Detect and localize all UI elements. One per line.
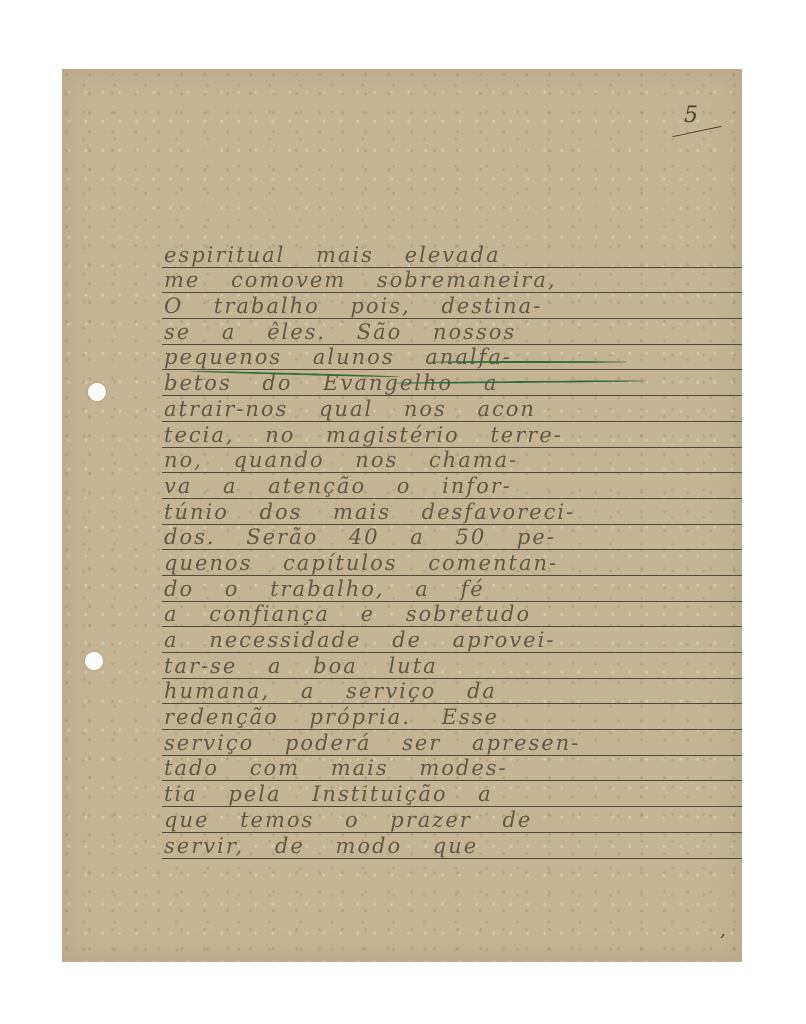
green-underline-sao-nossos [427, 361, 627, 363]
text-line: no, quando nos chama- [162, 448, 742, 474]
text-line: va a atenção o infor- [162, 473, 742, 499]
line-text: a confiança e sobretudo [162, 603, 736, 626]
line-text: tar-se a boa luta [162, 655, 736, 678]
text-line: quenos capítulos comentan- [162, 550, 742, 576]
text-line: se a êles. São nossos [162, 319, 742, 345]
line-text: O trabalho pois, destina- [162, 295, 736, 318]
text-line: redenção própria. Esse [162, 704, 742, 730]
trailing-comma-mark: , [720, 920, 726, 941]
line-text: tecia, no magistério terre- [162, 424, 736, 447]
line-text: tia pela Instituição a [162, 783, 736, 806]
line-text: tado com mais modes- [162, 757, 736, 780]
handwritten-text-block: espiritual mais elevada me comovem sobre… [162, 242, 742, 859]
text-line: a necessidade de aprovei- [162, 627, 742, 653]
text-line: tar-se a boa luta [162, 653, 742, 679]
text-line: tecia, no magistério terre- [162, 422, 742, 448]
text-line: serviço poderá ser apresen- [162, 730, 742, 756]
text-line: espiritual mais elevada [162, 242, 742, 268]
text-line: humana, a serviço da [162, 679, 742, 705]
line-text: túnio dos mais desfavoreci- [162, 501, 736, 524]
text-line: O trabalho pois, destina- [162, 293, 742, 319]
line-text: me comovem sobremaneira, [162, 269, 736, 292]
text-line: a confiança e sobretudo [162, 602, 742, 628]
line-text: a necessidade de aprovei- [162, 629, 736, 652]
text-line: me comovem sobremaneira, [162, 268, 742, 294]
page-number: 5 [684, 103, 698, 128]
punch-hole-top [88, 383, 106, 401]
line-text: servir, de modo que [162, 835, 736, 858]
line-text: betos do Evangelho a [162, 372, 736, 395]
text-line: atrair-nos qual nos acon [162, 396, 742, 422]
text-line: do o trabalho, a fé [162, 576, 742, 602]
text-line: servir, de modo que [162, 833, 742, 859]
text-line: que temos o prazer de [162, 807, 742, 833]
line-text: quenos capítulos comentan- [162, 552, 736, 575]
line-text: redenção própria. Esse [162, 706, 736, 729]
text-line: pequenos alunos analfa- [162, 345, 742, 371]
line-text: espiritual mais elevada [162, 244, 736, 267]
line-text: va a atenção o infor- [162, 475, 736, 498]
line-text: atrair-nos qual nos acon [162, 398, 736, 421]
line-text: que temos o prazer de [162, 809, 736, 832]
line-text: serviço poderá ser apresen- [162, 732, 736, 755]
line-text: dos. Serão 40 a 50 pe- [162, 526, 736, 549]
line-text: humana, a serviço da [162, 680, 736, 703]
line-text: se a êles. São nossos [162, 321, 736, 344]
line-text: do o trabalho, a fé [162, 578, 736, 601]
punch-hole-bottom [85, 652, 103, 670]
text-line: tia pela Instituição a [162, 781, 742, 807]
text-line: tado com mais modes- [162, 756, 742, 782]
line-text: no, quando nos chama- [162, 449, 736, 472]
manuscript-page: 5 espiritual mais elevada me comovem sob… [62, 69, 742, 962]
text-line: túnio dos mais desfavoreci- [162, 499, 742, 525]
text-line: dos. Serão 40 a 50 pe- [162, 525, 742, 551]
line-text: pequenos alunos analfa- [162, 346, 736, 369]
